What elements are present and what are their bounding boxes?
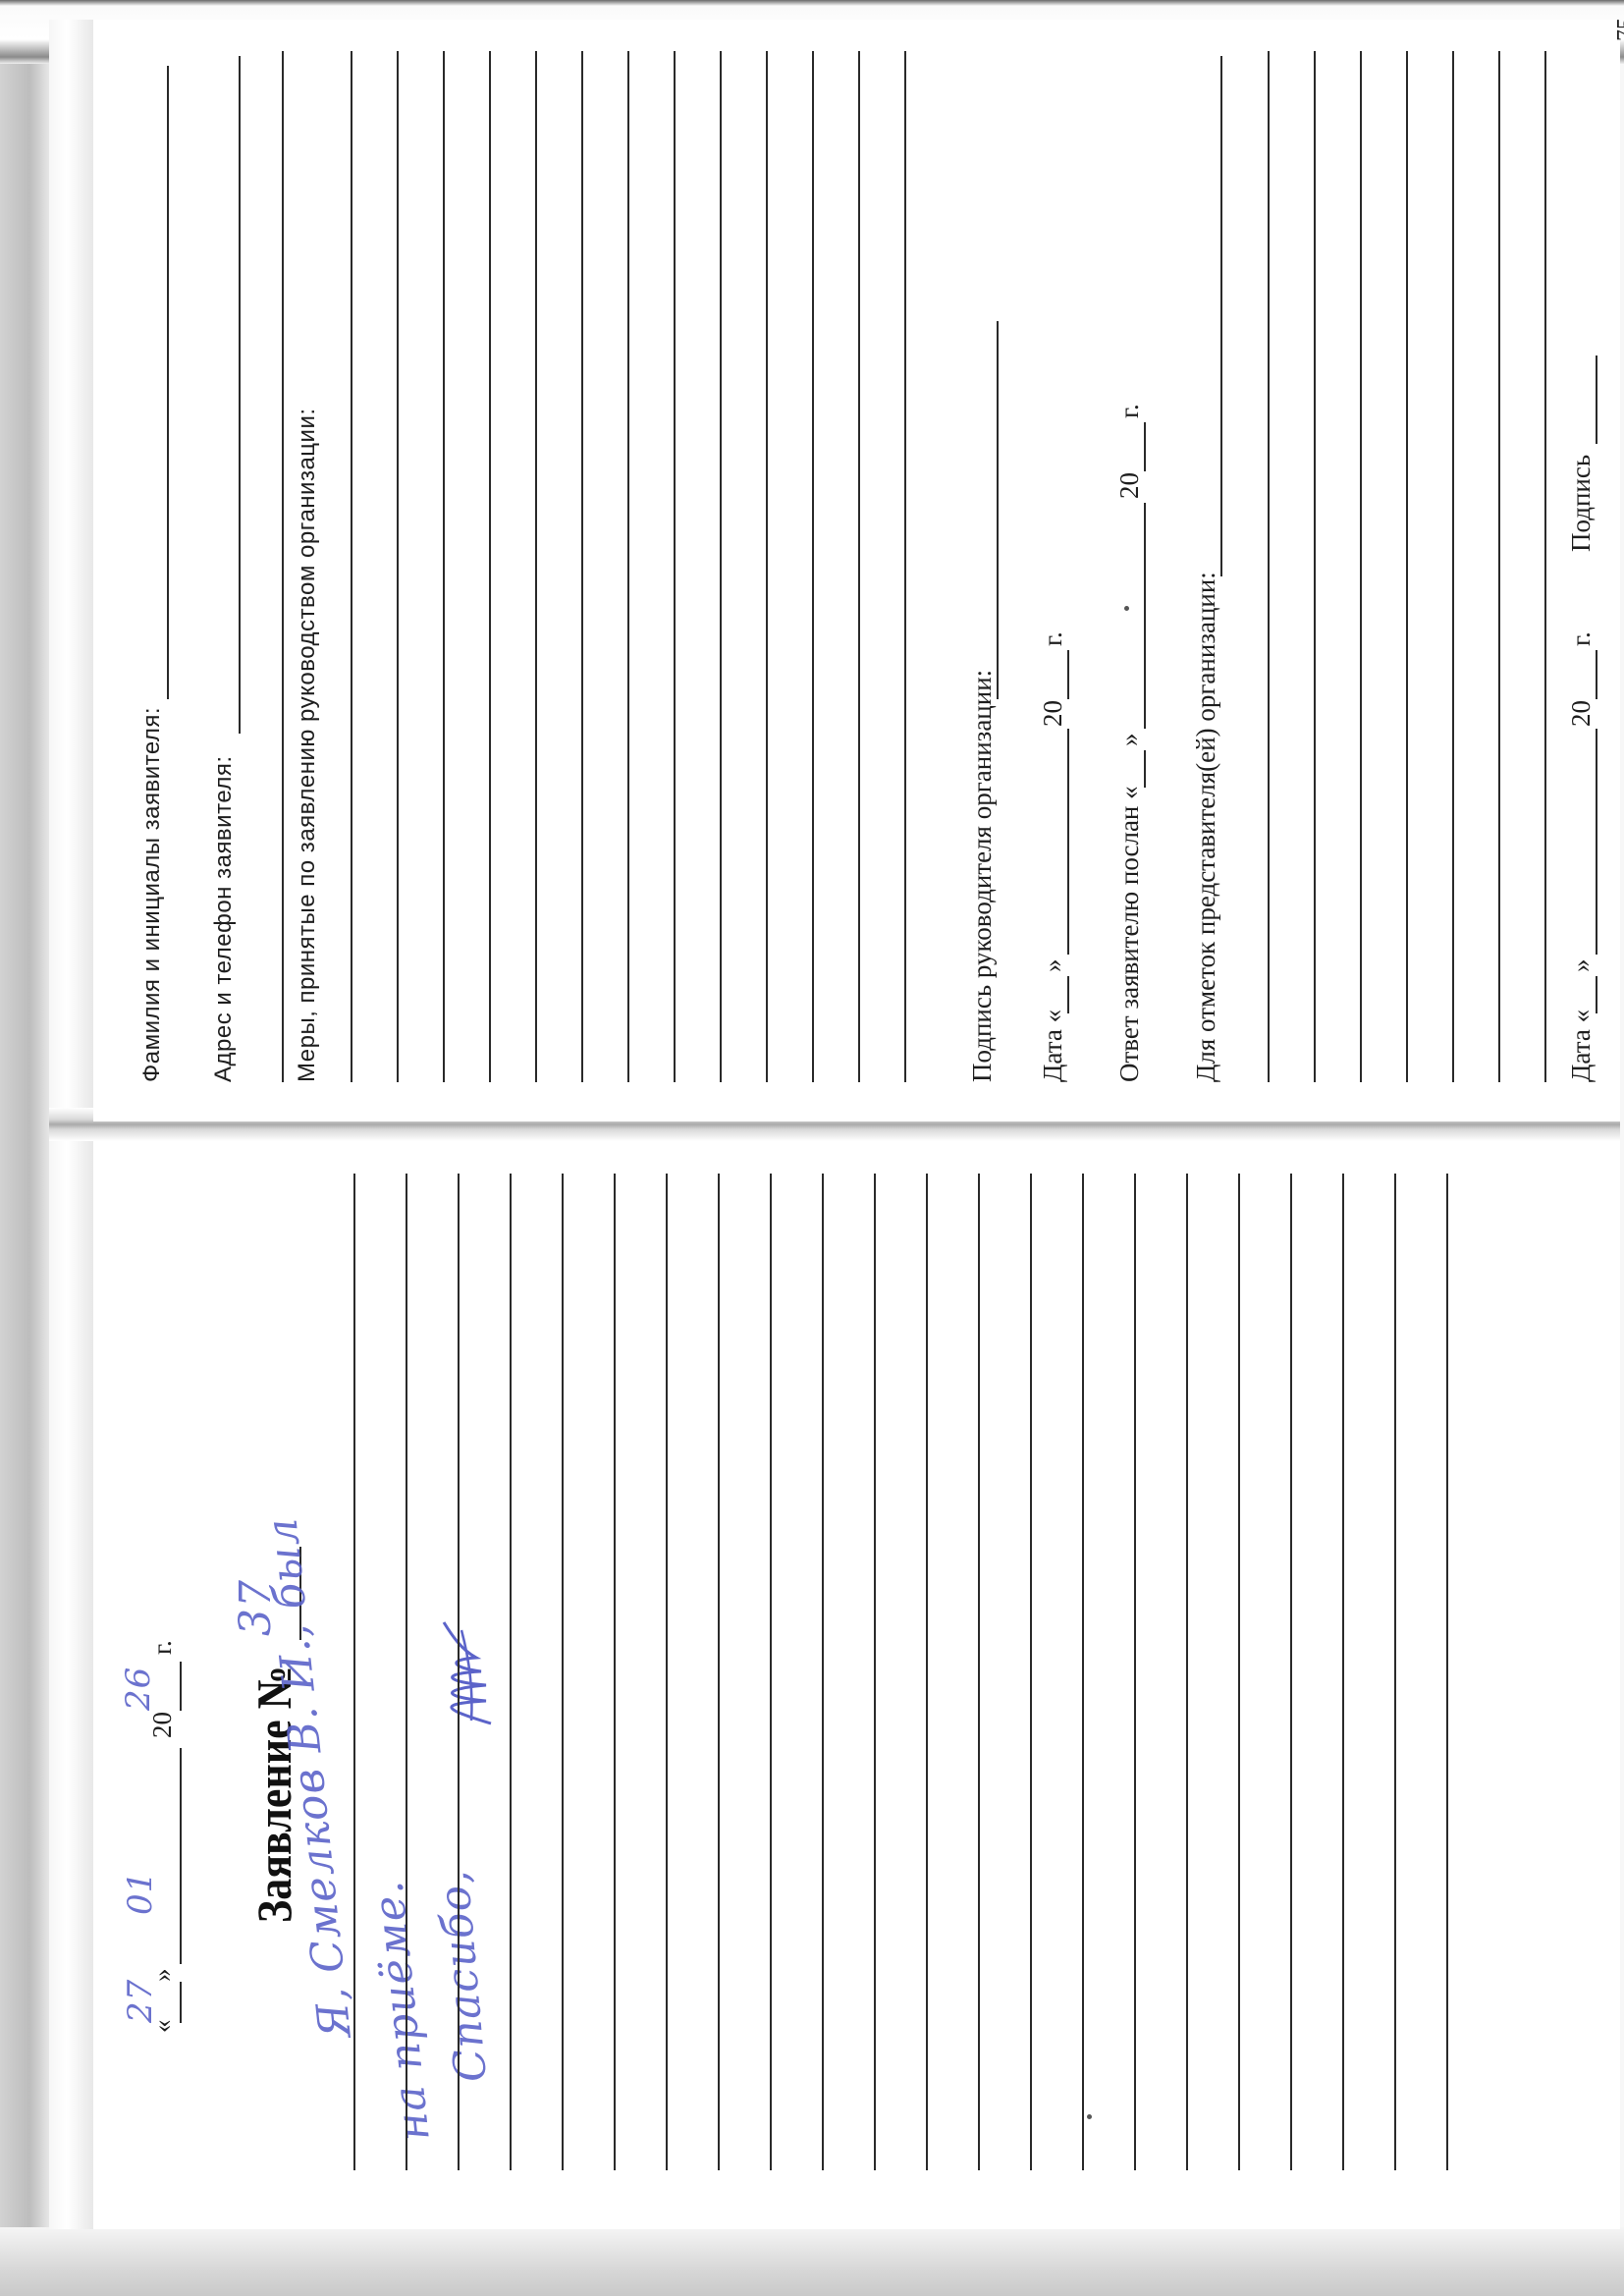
ruled-line (510, 1174, 512, 2170)
ruled-line (443, 51, 445, 1082)
handwritten-line-3: Спасибо, (428, 1868, 497, 2084)
book-cover-edge-bottom (0, 2227, 1624, 2296)
ruled-line (353, 1174, 355, 2170)
head-signature-line (997, 321, 999, 699)
date1-year-prefix: 20 (1038, 700, 1067, 727)
ruled-line (1498, 51, 1500, 1082)
ruled-line (1452, 51, 1454, 1082)
date-day-handwritten: 27 (121, 1979, 160, 2023)
ruled-line (1394, 1174, 1396, 2170)
ruled-line (1238, 1174, 1240, 2170)
ruled-line (1314, 51, 1316, 1082)
ruled-line (822, 1174, 824, 2170)
date2-year-suffix: г. (1566, 631, 1596, 646)
date-year-handwritten: 26 (119, 1667, 158, 1711)
ruled-line (1342, 1174, 1344, 2170)
ruled-line (674, 51, 676, 1082)
applicant-name-line (167, 66, 169, 699)
date-month-line (180, 1748, 182, 1964)
ruled-line (874, 1174, 876, 2170)
date1-year-line (1067, 650, 1069, 699)
representative-notes-line-1 (1220, 56, 1222, 576)
date2-year-line (1596, 650, 1597, 699)
ruled-line (614, 1174, 616, 2170)
reply-year-prefix: 20 (1114, 472, 1144, 499)
date-month-handwritten: 01 (121, 1871, 160, 1915)
ruled-line (812, 51, 814, 1082)
date1-month-line (1067, 729, 1069, 955)
ruled-line (1544, 51, 1546, 1082)
applicant-name-label: Фамилия и инициалы заявителя: (137, 707, 167, 1082)
date2-label: Дата « (1566, 1010, 1596, 1082)
ruled-line (581, 51, 583, 1082)
date2-signature-line (1596, 355, 1597, 444)
ruled-line (1360, 51, 1362, 1082)
ruled-line (770, 1174, 772, 2170)
applicant-address-line-2 (282, 51, 284, 1082)
date-close-quote: » (147, 1969, 177, 1983)
reply-month-line (1144, 503, 1146, 729)
ruled-line (562, 1174, 564, 2170)
ruled-line (1290, 1174, 1292, 2170)
date-year-prefix: 20 (147, 1712, 177, 1738)
date2-signature-label: Подпись (1566, 455, 1596, 552)
date1-day-line (1067, 976, 1069, 1013)
ruled-line (1406, 51, 1408, 1082)
ruled-line (720, 51, 722, 1082)
date2-day-line (1596, 976, 1597, 1013)
ruled-line (458, 1174, 460, 2170)
ruled-line (904, 51, 906, 1082)
ruled-line (1082, 1174, 1084, 2170)
ruled-line (535, 51, 537, 1082)
date1-label: Дата « (1038, 1010, 1067, 1082)
reply-sent-label: Ответ заявителю послан « (1114, 786, 1144, 1082)
ruled-line (627, 51, 629, 1082)
page-number: 75 (1613, 18, 1624, 41)
ruled-line (978, 1174, 980, 2170)
applicant-address-label: Адрес и телефон заявителя: (209, 755, 239, 1082)
reply-day-line (1144, 750, 1146, 788)
ink-speck (1124, 606, 1129, 611)
ruled-line (1030, 1174, 1032, 2170)
ruled-line (351, 51, 352, 1082)
date2-close-quote: » (1566, 959, 1596, 973)
reply-year-line (1144, 422, 1146, 471)
ruled-line (666, 1174, 668, 2170)
right-page: Фамилия и инициалы заявителя: Адрес и те… (93, 20, 1620, 1121)
handwritten-line-2: на приёме. (362, 1878, 440, 2143)
ruled-line (406, 1174, 407, 2170)
book-spread: « 27 » 01 20 26 г. Заявление № 37 Я, Сме… (49, 20, 1620, 2229)
ruled-line (397, 51, 399, 1082)
measures-label: Меры, принятые по заявлению руководством… (293, 408, 322, 1082)
left-page: « 27 » 01 20 26 г. Заявление № 37 Я, Сме… (93, 1127, 1620, 2229)
ruled-line (1186, 1174, 1188, 2170)
head-signature-label: Подпись руководителя организации: (967, 670, 997, 1082)
ruled-line (926, 1174, 928, 2170)
date-year-suffix: г. (147, 1640, 177, 1655)
ruled-line (766, 51, 768, 1082)
date-year-line (180, 1662, 182, 1711)
ink-speck (1087, 2114, 1092, 2119)
date1-year-suffix: г. (1038, 631, 1067, 646)
ruled-line (858, 51, 860, 1082)
applicant-address-line-1 (239, 56, 241, 734)
reply-close-quote: » (1114, 734, 1144, 747)
representative-notes-label: Для отметок представителя(ей) организаци… (1191, 572, 1220, 1082)
reply-year-suffix: г. (1114, 404, 1144, 418)
signature-scribble-icon (432, 1620, 501, 1728)
ruled-line (1446, 1174, 1448, 2170)
date-day-line (180, 1982, 182, 2023)
ruled-line (1268, 51, 1270, 1082)
date2-year-prefix: 20 (1566, 700, 1596, 727)
ruled-line (1134, 1174, 1136, 2170)
ruled-line (718, 1174, 720, 2170)
date2-month-line (1596, 729, 1597, 955)
ruled-line (489, 51, 491, 1082)
date1-close-quote: » (1038, 959, 1067, 973)
